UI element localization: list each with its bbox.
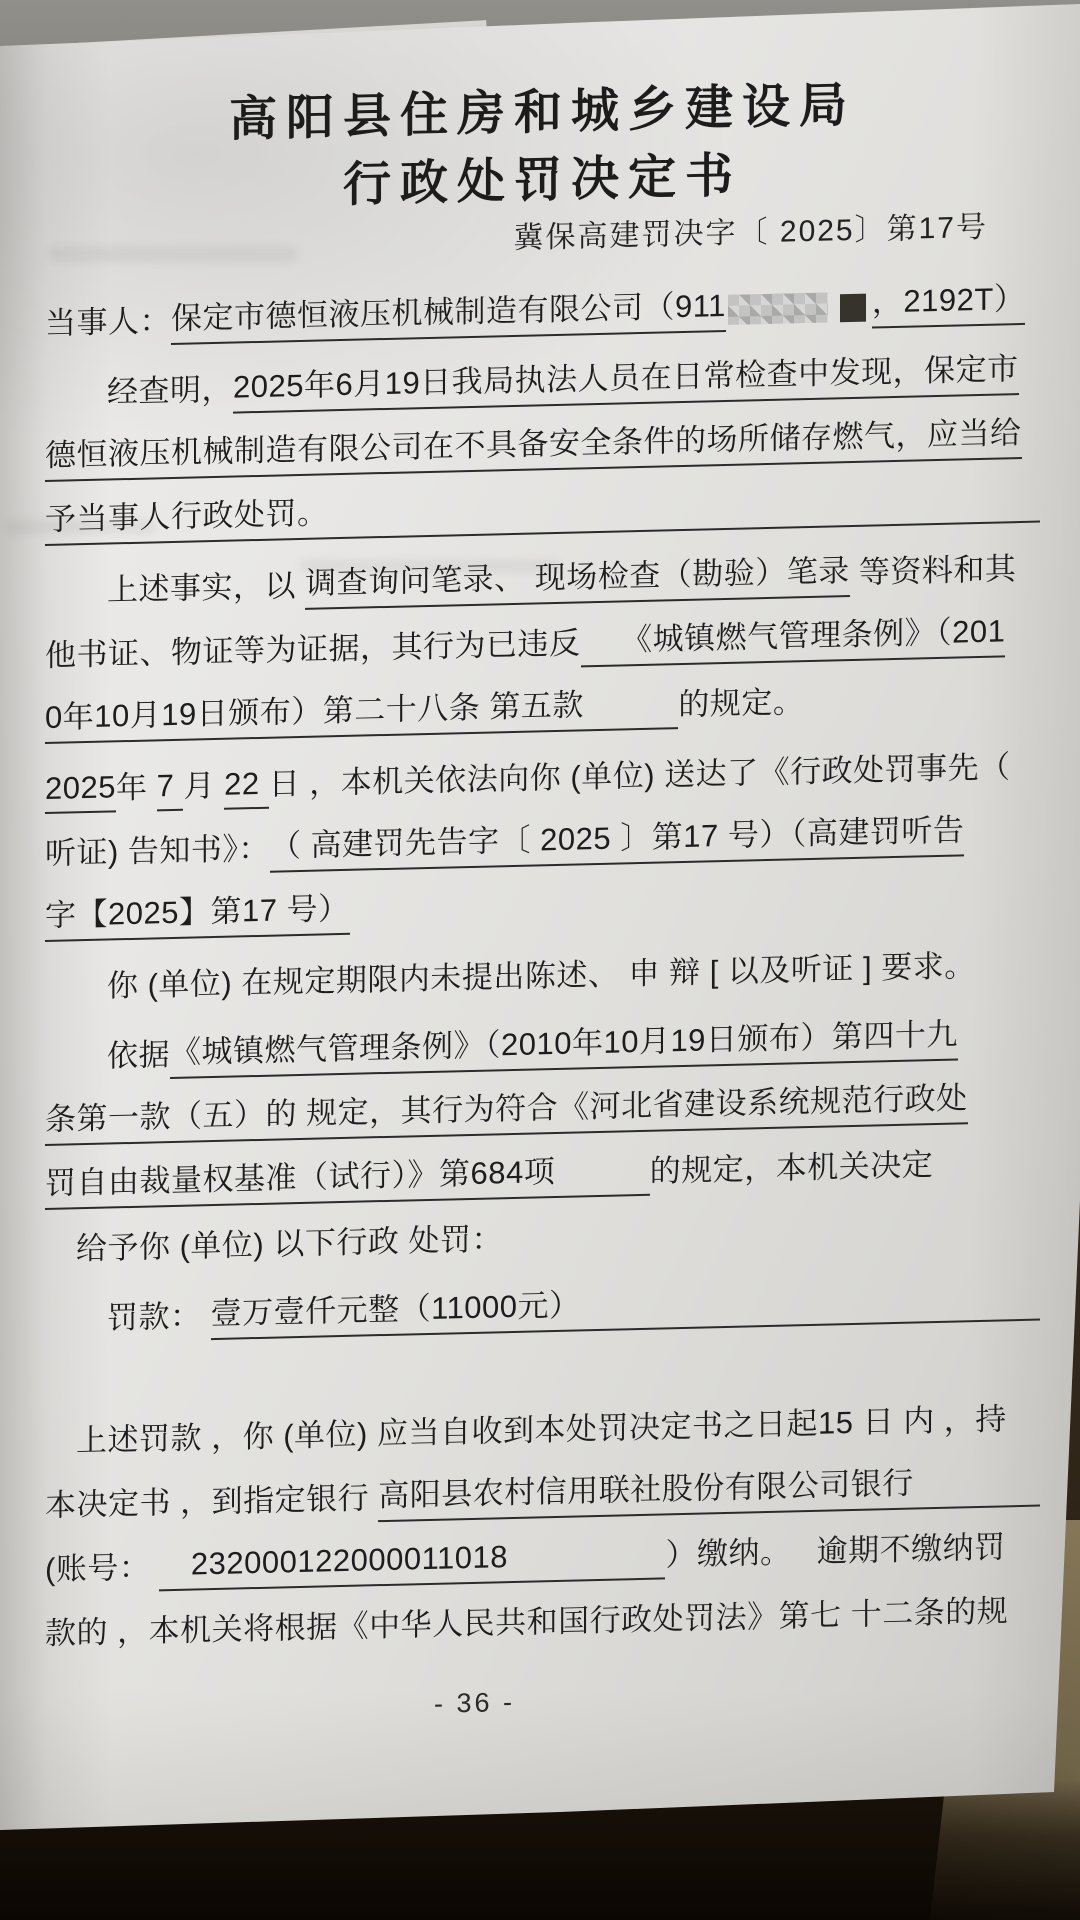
filled-field-text: 232000122000011018 — [159, 1527, 665, 1591]
page-number: - 36 - — [0, 1676, 972, 1730]
text-segment: 给予你 (单位) 以下行政 处罚： — [76, 1213, 503, 1273]
filled-field-text: 字【2025】第17 号） — [45, 883, 350, 942]
document-line: 罚款： 壹万壹仟元整（11000元） — [45, 1257, 1040, 1344]
filled-field-text: （ 高建罚先告字〔 2025 〕第17 号）（高建罚听告 — [270, 804, 964, 872]
document-type-title: 行政处罚决定书 — [45, 141, 1040, 222]
document-line: 依据《城镇燃气管理条例》（2010年10月19日颁布）第四十九 — [45, 995, 1040, 1082]
redaction-block — [840, 294, 866, 323]
filled-field-text: 罚自由裁量权基准（试行）》第684项 — [45, 1144, 650, 1210]
filled-field-text: 2025年6月19日我局执法人员在日常检查中发现，保定市 — [233, 343, 1019, 414]
document-line: 条第一款（五）的 规定，其行为符合《河北省建设系统规范行政处 — [45, 1059, 1040, 1146]
paragraph: 依据《城镇燃气管理条例》（2010年10月19日颁布）第四十九条第一款（五）的 … — [45, 995, 1040, 1274]
blank-underline — [329, 516, 1041, 540]
filled-field-text: 高阳县农村信用联社股份有限公司银行 — [378, 1458, 914, 1523]
document-line: 听证) 告知书》：（ 高建罚先告字〔 2025 〕第17 号）（高建罚听告 — [45, 791, 1040, 878]
text-segment: 的规定，本机关决定 — [650, 1139, 934, 1196]
text-segment: 款的 ，本机关将根据《中华人民共和国行政处罚法》第七 十二条的规 — [45, 1585, 1008, 1658]
filled-field-text: 7 — [157, 768, 184, 812]
paragraph: 当事人：保定市德恒液压机械制造有限公司（911，2192T） — [45, 261, 1040, 348]
document-line: 字【2025】第17 号） — [45, 855, 1040, 942]
filled-field-text: 22 — [224, 766, 269, 810]
document-line: 经查明，2025年6月19日我局执法人员在日常检查中发现，保定市 — [45, 331, 1040, 418]
text-segment: 上述事实，以 — [107, 560, 305, 615]
text-segment: 经查明， — [107, 364, 233, 417]
document-line: (账号： 232000122000011018 ）缴纳。 逾期不缴纳罚 — [45, 1507, 1040, 1594]
filled-field-text: 予当事人行政处罚。 — [45, 487, 329, 546]
paragraph: 上述事实，以 调查询问笔录、 现场检查（勘验）笔录 等资料和其他书证、物证等为证… — [45, 529, 1040, 744]
document-content: 高阳县住房和城乡建设局 行政处罚决定书 冀保高建罚决字〔 2025〕第17号 当… — [45, 0, 1040, 1729]
ink-showthrough — [300, 560, 560, 572]
text-segment: 他书证、物证等为证据，其行为已违反 — [45, 617, 581, 680]
filled-field-text: 《城镇燃气管理条例》（201 — [581, 605, 1006, 667]
text-segment: ）缴纳。 逾期不缴纳罚 — [665, 1521, 1005, 1579]
document-line: 给予你 (单位) 以下行政 处罚： — [45, 1187, 1040, 1274]
ink-showthrough — [6, 520, 156, 534]
document-line: 款的 ，本机关将根据《中华人民共和国行政处罚法》第七 十二条的规 — [45, 1571, 1040, 1658]
text-segment: 听证) 告知书》： — [45, 823, 270, 878]
document-line: 上述事实，以 调查询问笔录、 现场检查（勘验）笔录 等资料和其 — [45, 529, 1040, 616]
document-line: 罚自由裁量权基准（试行）》第684项 的规定，本机关决定 — [45, 1123, 1040, 1210]
ink-showthrough — [48, 246, 298, 262]
text-segment: 依据 — [107, 1029, 170, 1080]
blank-underline — [914, 1500, 1040, 1510]
document-line: 2025年 7 月 22 日 ，本机关依法向你 (单位) 送达了《行政处罚事先（ — [45, 727, 1040, 814]
text-segment: 本决定书 ，到指定银行 — [45, 1472, 378, 1530]
text-segment: 月 — [183, 760, 224, 811]
document-number: 冀保高建罚决字〔 2025〕第17号 — [45, 207, 1040, 270]
text-segment: 你 (单位) 在规定期限内未提出陈述、 申 辩 [ 以及听证 ] 要求。 — [107, 940, 976, 1010]
document-line: 他书证、物证等为证据，其行为已违反 《城镇燃气管理条例》（201 — [45, 593, 1040, 680]
document-line: 本决定书 ，到指定银行 高阳县农村信用联社股份有限公司银行 — [45, 1443, 1040, 1530]
document-line: 上述罚款 ，你 (单位) 应当自收到本处罚决定书之日起15 日 内 ，持 — [45, 1379, 1040, 1466]
issuer-title: 高阳县住房和城乡建设局 — [45, 73, 1040, 154]
text-segment: 当事人： — [45, 295, 171, 348]
text-segment: (账号： — [45, 1541, 159, 1594]
document-body: 当事人：保定市德恒液压机械制造有限公司（911，2192T）经查明，2025年6… — [45, 261, 1040, 1658]
text-segment: 上述罚款 ，你 (单位) 应当自收到本处罚决定书之日起15 日 内 ，持 — [76, 1393, 1007, 1465]
blank-underline — [581, 1314, 1040, 1332]
paragraph: 罚款： 壹万壹仟元整（11000元） — [45, 1257, 1040, 1344]
filled-field-text: ，2192T） — [872, 273, 1025, 329]
paragraph: 你 (单位) 在规定期限内未提出陈述、 申 辩 [ 以及听证 ] 要求。 — [45, 925, 1040, 1012]
paragraph: 经查明，2025年6月19日我局执法人员在日常检查中发现，保定市德恒液压机械制造… — [45, 331, 1040, 546]
redaction-mosaic — [728, 293, 828, 325]
filled-field-text: 保定市德恒液压机械制造有限公司（911 — [171, 280, 726, 345]
paragraph: 2025年 7 月 22 日 ，本机关依法向你 (单位) 送达了《行政处罚事先（… — [45, 727, 1040, 942]
filled-field-text: 《城镇燃气管理条例》（2010年10月19日颁布）第四十九 — [170, 1008, 958, 1079]
filled-field-text: 0年10月19日颁布）第二十八条 第五款 — [45, 677, 678, 744]
filled-field-text: 壹万壹仟元整（11000元） — [211, 1279, 581, 1340]
text-segment: 等资料和其 — [850, 543, 1017, 597]
filled-field-text: 调查询问笔录、 现场检查（勘验）笔录 — [305, 545, 850, 610]
document-line: 0年10月19日颁布）第二十八条 第五款 的规定。 — [45, 657, 1040, 744]
document-line: 予当事人行政处罚。 — [45, 459, 1040, 546]
paragraph: 上述罚款 ，你 (单位) 应当自收到本处罚决定书之日起15 日 内 ，持本决定书… — [45, 1379, 1040, 1658]
document-page: 高阳县住房和城乡建设局 行政处罚决定书 冀保高建罚决字〔 2025〕第17号 当… — [0, 0, 1080, 1920]
text-segment: 罚款： — [107, 1290, 211, 1342]
filled-field-text: 德恒液压机械制造有限公司在不具备安全条件的场所储存燃气，应当给 — [45, 407, 1022, 482]
text-segment: 日 ，本机关依法向你 (单位) 送达了《行政处罚事先（ — [269, 741, 1011, 808]
text-segment: 年 — [116, 761, 157, 812]
document-line: 你 (单位) 在规定期限内未提出陈述、 申 辩 [ 以及听证 ] 要求。 — [45, 925, 1040, 1012]
text-segment: 的规定。 — [678, 676, 804, 729]
filled-field-text: 条第一款（五）的 规定，其行为符合《河北省建设系统规范行政处 — [45, 1072, 968, 1146]
document-line: 当事人：保定市德恒液压机械制造有限公司（911，2192T） — [45, 261, 1040, 348]
filled-field-text: 2025 — [45, 769, 116, 814]
document-line: 德恒液压机械制造有限公司在不具备安全条件的场所储存燃气，应当给 — [45, 395, 1040, 482]
